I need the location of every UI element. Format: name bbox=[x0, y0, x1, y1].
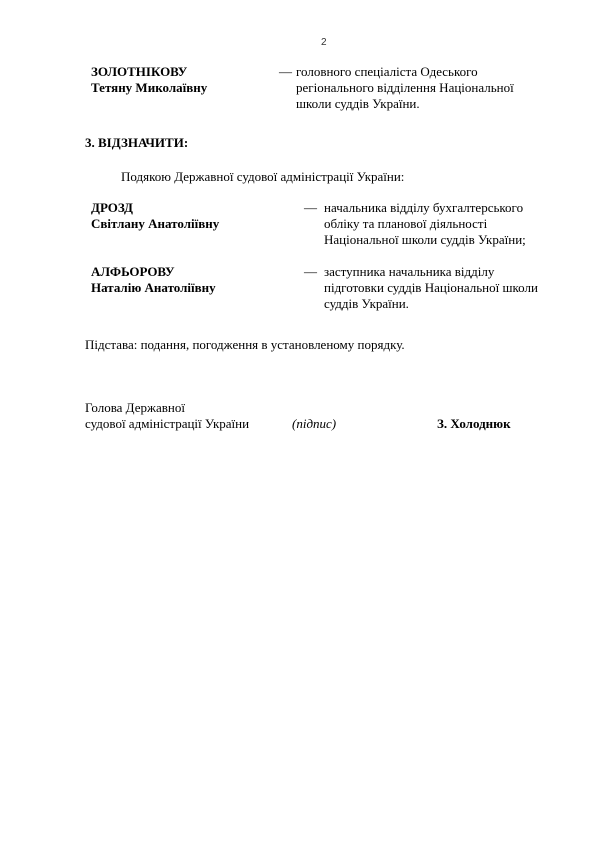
entry-name: Наталію Анатоліївну bbox=[91, 280, 216, 296]
entry-surname: АЛФЬОРОВУ bbox=[91, 264, 175, 280]
entry-position-line: обліку та планової діяльності bbox=[324, 216, 487, 232]
entry-name: Світлану Анатоліївну bbox=[91, 216, 219, 232]
entry-position-line: суддів України. bbox=[324, 296, 409, 312]
entry-surname: ДРОЗД bbox=[91, 200, 133, 216]
entry-dash: — bbox=[304, 264, 317, 280]
entry-position-line: регіонального відділення Національної bbox=[296, 80, 514, 96]
entry-surname: ЗОЛОТНІКОВУ bbox=[91, 64, 187, 80]
entry-position-line: заступника начальника відділу bbox=[324, 264, 494, 280]
entry-dash: — bbox=[304, 200, 317, 216]
entry-position-line: підготовки суддів Національної школи bbox=[324, 280, 538, 296]
signer-name: З. Холоднюк bbox=[437, 416, 511, 432]
basis-text: Підстава: подання, погодження в установл… bbox=[85, 337, 405, 353]
entry-position-line: школи суддів України. bbox=[296, 96, 420, 112]
entry-position-line: Національної школи суддів України; bbox=[324, 232, 526, 248]
entry-dash: — bbox=[279, 64, 292, 80]
entry-name: Тетяну Миколаївну bbox=[91, 80, 207, 96]
signer-title-line: судової адміністрації України bbox=[85, 416, 249, 432]
signer-title-line: Голова Державної bbox=[85, 400, 185, 416]
signature-mark: (підпис) bbox=[292, 416, 336, 432]
entry-position-line: начальника відділу бухгалтерського bbox=[324, 200, 523, 216]
section-heading: 3. ВІДЗНАЧИТИ: bbox=[85, 135, 188, 151]
entry-position-line: головного спеціаліста Одеського bbox=[296, 64, 478, 80]
page-number: 2 bbox=[321, 35, 327, 51]
section-subheading: Подякою Державної судової адміністрації … bbox=[121, 169, 404, 185]
